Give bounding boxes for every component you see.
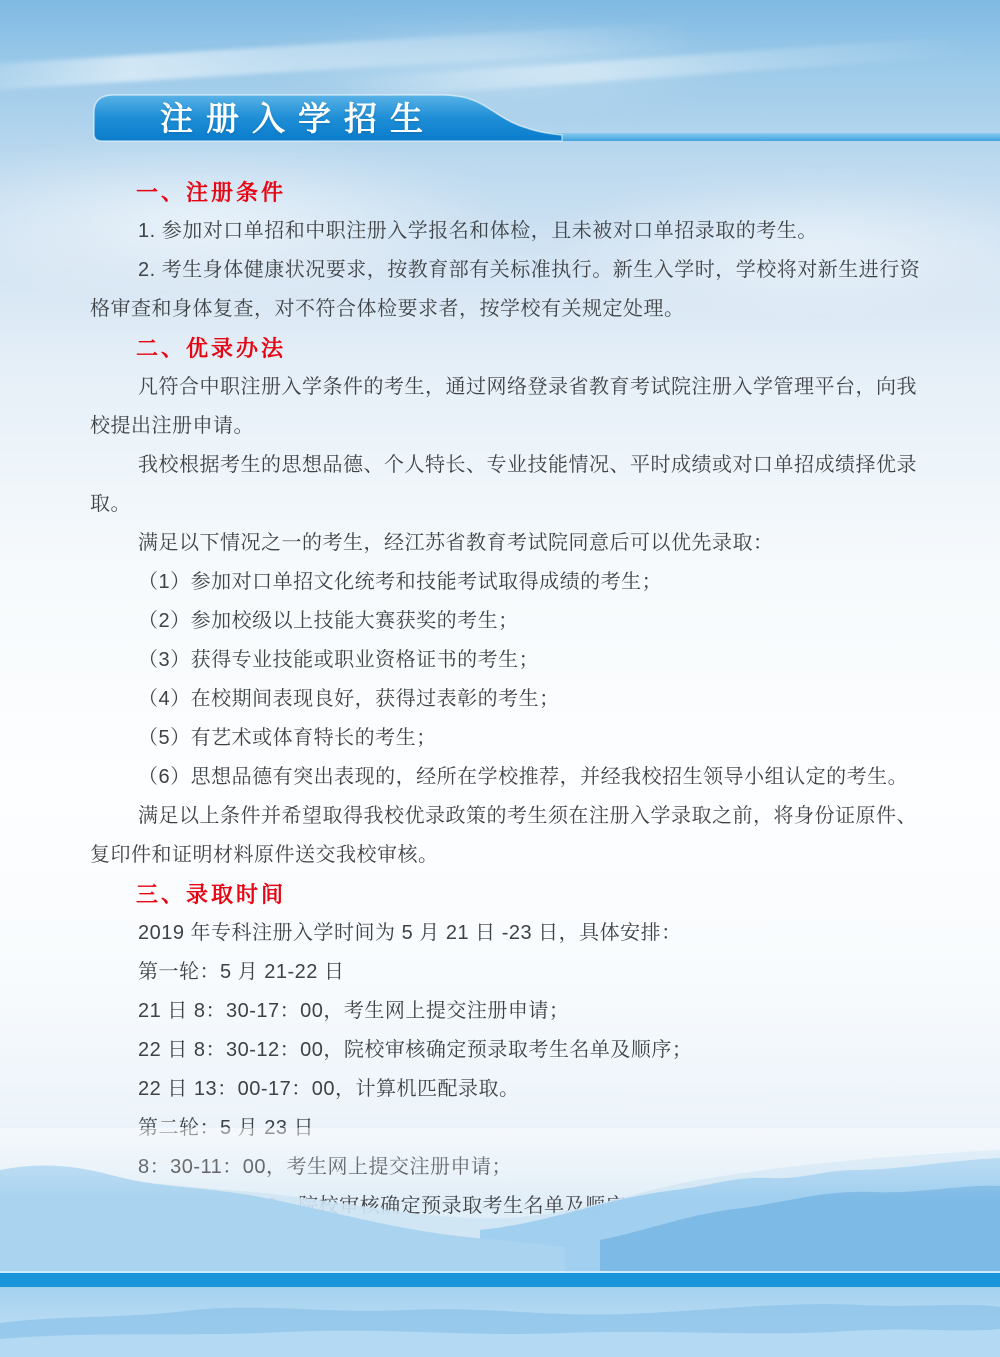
paragraph: 2. 考生身体健康状况要求，按教育部有关标准执行。新生入学时，学校将对新生进行资… bbox=[90, 251, 922, 329]
list-item: （2）参加校级以上技能大赛获奖的考生； bbox=[90, 602, 922, 641]
section-heading-1: 一、注册条件 bbox=[90, 173, 922, 212]
bottom-bar bbox=[0, 1271, 1000, 1287]
document-content: 一、注册条件 1. 参加对口单招和中职注册入学报名和体检，且未被对口单招录取的考… bbox=[90, 173, 922, 1265]
paragraph: 1. 参加对口单招和中职注册入学报名和体检，且未被对口单招录取的考生。 bbox=[90, 212, 922, 251]
list-item: （5）有艺术或体育特长的考生； bbox=[90, 719, 922, 758]
cloud-streak bbox=[330, 36, 970, 101]
paragraph: 满足以下情况之一的考生，经江苏省教育考试院同意后可以优先录取： bbox=[90, 524, 922, 563]
paragraph: 凡符合中职注册入学条件的考生，通过网络登录省教育考试院注册入学管理平台，向我校提… bbox=[90, 368, 922, 446]
paragraph: 满足以上条件并希望取得我校优录政策的考生须在注册入学录取之前，将身份证原件、复印… bbox=[90, 797, 922, 875]
list-item: （6）思想品德有突出表现的，经所在学校推荐，并经我校招生领导小组认定的考生。 bbox=[90, 758, 922, 797]
cloud-streak bbox=[0, 21, 700, 93]
paragraph: 22 日 13：00-17：00，计算机匹配录取。 bbox=[90, 1070, 922, 1109]
mountains-lower bbox=[0, 1287, 1000, 1357]
paragraph: 2019 年专科注册入学时间为 5 月 21 日 -23 日，具体安排： bbox=[90, 914, 922, 953]
page: 注册入学招生 一、注册条件 1. 参加对口单招和中职注册入学报名和体检，且未被对… bbox=[0, 0, 1000, 1357]
mountains-upper bbox=[0, 1128, 1000, 1271]
paragraph: 22 日 8：30-12：00，院校审核确定预录取考生名单及顺序； bbox=[90, 1031, 922, 1070]
mountain-range-graphic bbox=[0, 1128, 1000, 1271]
list-item: （4）在校期间表现良好，获得过表彰的考生； bbox=[90, 680, 922, 719]
list-item: （3）获得专业技能或职业资格证书的考生； bbox=[90, 641, 922, 680]
mountain-range-graphic bbox=[0, 1287, 1000, 1357]
paragraph: 21 日 8：30-17：00，考生网上提交注册申请； bbox=[90, 992, 922, 1031]
banner-title: 注册入学招生 bbox=[98, 99, 498, 139]
header-banner: 注册入学招生 bbox=[88, 92, 1000, 146]
section-heading-2: 二、优录办法 bbox=[90, 329, 922, 368]
paragraph: 我校根据考生的思想品德、个人特长、专业技能情况、平时成绩或对口单招成绩择优录取。 bbox=[90, 446, 922, 524]
paragraph: 第一轮：5 月 21-22 日 bbox=[90, 953, 922, 992]
section-heading-3: 三、录取时间 bbox=[90, 875, 922, 914]
list-item: （1）参加对口单招文化统考和技能考试取得成绩的考生； bbox=[90, 563, 922, 602]
